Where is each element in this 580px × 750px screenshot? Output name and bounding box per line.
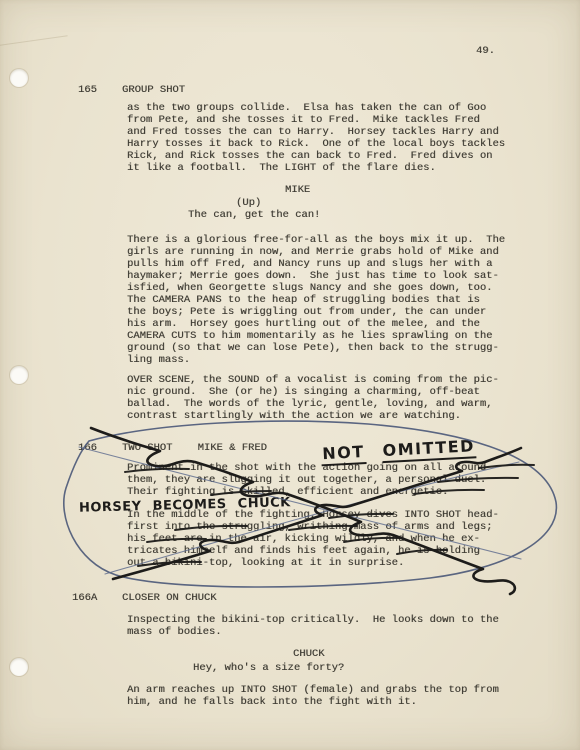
scene-number-166: 166 [78, 442, 97, 454]
paper-crease [0, 35, 72, 75]
action-paragraph-165-2: There is a glorious free-for-all as the … [127, 234, 505, 366]
handwritten-word-omitted: OMITTED [381, 436, 476, 463]
dialogue-line-mike: The can, get the can! [188, 209, 320, 221]
page-number: 49. [476, 45, 495, 57]
scene-number-165: 165 [78, 84, 97, 96]
dialogue-line-chuck: Hey, who's a size forty? [193, 662, 344, 674]
action-paragraph-166-2: In the middle of the fighting, Horsey di… [127, 509, 499, 569]
character-name-chuck: CHUCK [293, 648, 325, 660]
parenthetical-up: (Up) [236, 197, 261, 209]
scene-heading-166a: CLOSER ON CHUCK [122, 592, 217, 604]
scene-heading-166: TWO SHOT MIKE & FRED [122, 442, 267, 454]
hole-punch-middle [10, 366, 28, 384]
screenplay-page: 49. 165 GROUP SHOT as the two groups col… [0, 0, 580, 750]
action-paragraph-166a-1: Inspecting the bikini-top critically. He… [127, 614, 499, 638]
handwritten-note-not-omitted: NOT OMITTED [292, 417, 478, 486]
action-paragraph-165-3: OVER SCENE, the SOUND of a vocalist is c… [127, 374, 499, 422]
handwritten-word-not: NOT [321, 442, 366, 466]
scene-number-166a: 166A [72, 592, 97, 604]
scene-heading-165: GROUP SHOT [122, 84, 185, 96]
hole-punch-bottom [10, 658, 28, 676]
character-name-mike: MIKE [285, 184, 310, 196]
action-paragraph-166a-2: An arm reaches up INTO SHOT (female) and… [127, 684, 499, 708]
action-paragraph-165-1: as the two groups collide. Elsa has take… [127, 102, 505, 174]
